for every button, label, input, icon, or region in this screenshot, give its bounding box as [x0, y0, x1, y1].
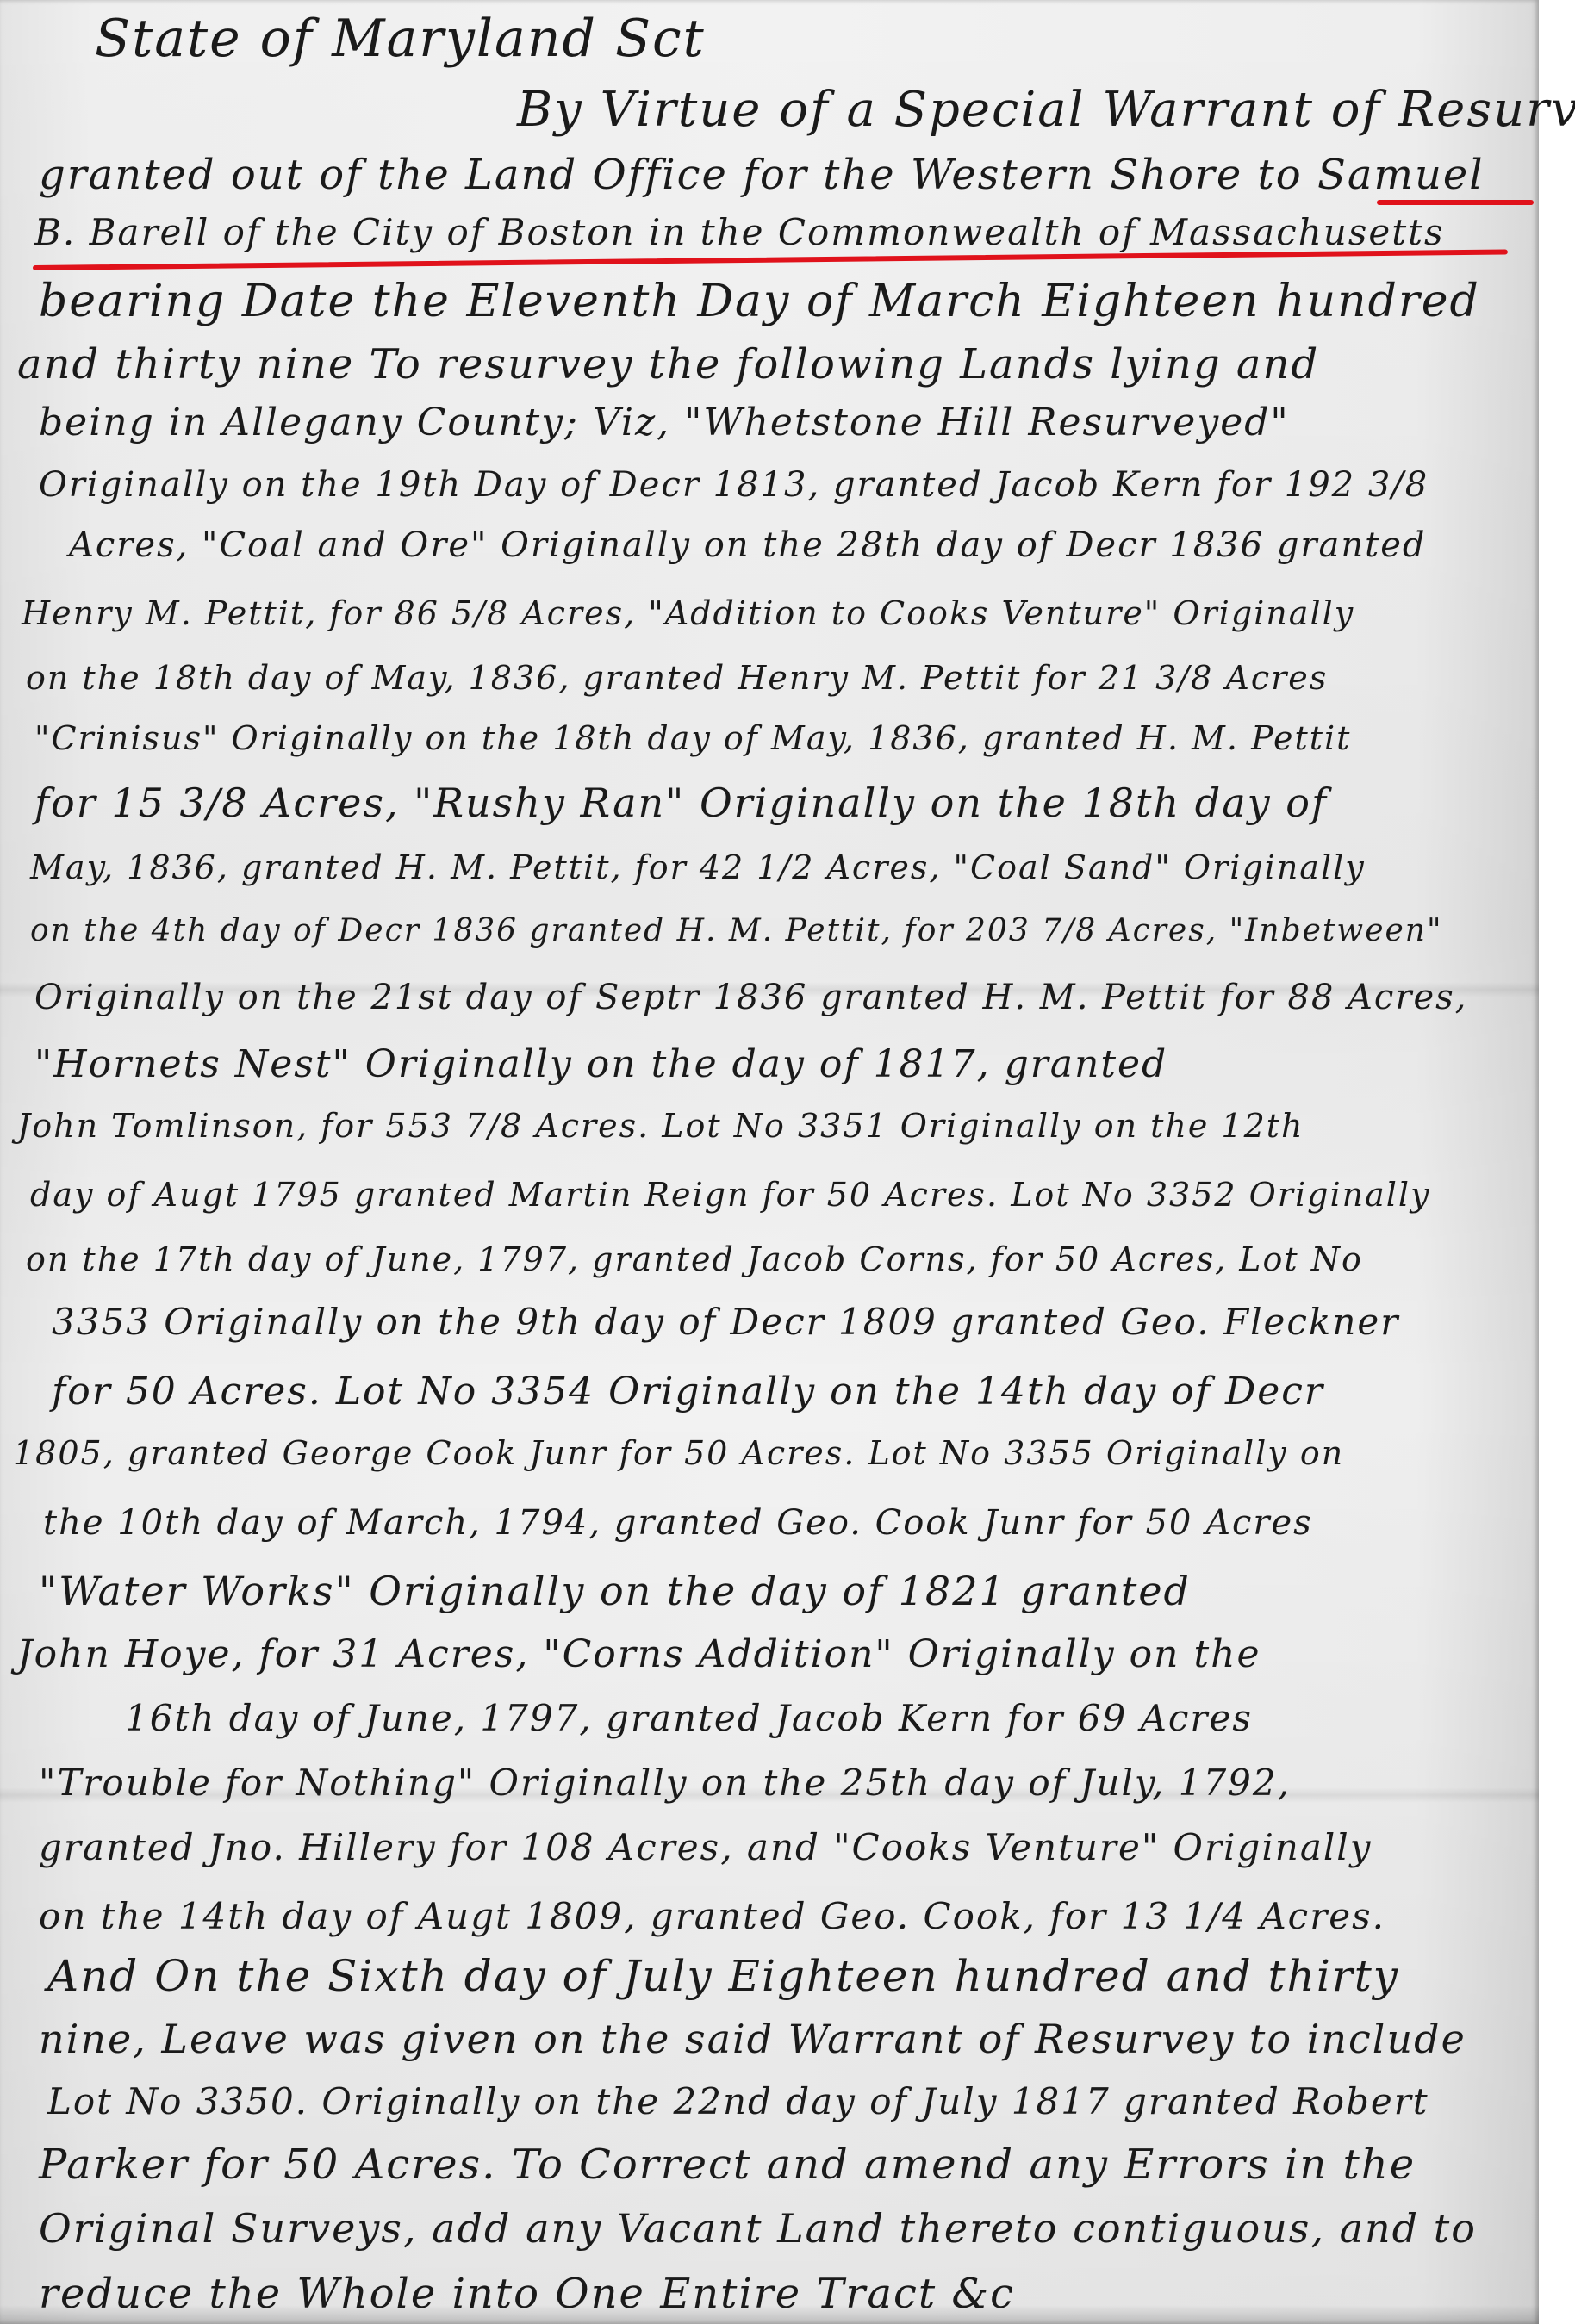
text-line: "Crinisus" Originally on the 18th day of…	[34, 719, 1351, 757]
text-line: Originally on the 21st day of Septr 1836…	[34, 978, 1467, 1017]
text-line: 1805, granted George Cook Junr for 50 Ac…	[13, 1434, 1344, 1472]
text-line: John Hoye, for 31 Acres, "Corns Addition…	[17, 1632, 1261, 1676]
text-line: 16th day of June, 1797, granted Jacob Ke…	[125, 1697, 1253, 1739]
text-line: By Virtue of a Special Warrant of Resurv…	[517, 82, 1575, 138]
text-line: the 10th day of March, 1794, granted Geo…	[43, 1503, 1313, 1543]
text-line: "Water Works" Originally on the day of 1…	[39, 1568, 1191, 1614]
text-line: John Tomlinson, for 553 7/8 Acres. Lot N…	[17, 1107, 1304, 1145]
text-line: reduce the Whole into One Entire Tract &…	[39, 2270, 1015, 2318]
text-line: on the 18th day of May, 1836, granted He…	[26, 659, 1328, 697]
text-line: Original Surveys, add any Vacant Land th…	[39, 2205, 1477, 2252]
text-line: granted Jno. Hillery for 108 Acres, and …	[39, 1826, 1372, 1868]
text-line: being in Allegany County; Viz, "Whetston…	[39, 401, 1290, 444]
text-line: for 15 3/8 Acres, "Rushy Ran" Originally…	[34, 780, 1328, 826]
text-line: on the 17th day of June, 1797, granted J…	[26, 1240, 1363, 1278]
text-line: "Trouble for Nothing" Originally on the …	[39, 1762, 1291, 1804]
text-line: "Hornets Nest" Originally on the day of …	[34, 1042, 1167, 1086]
text-line: granted out of the Land Office for the W…	[39, 151, 1485, 199]
text-line: and thirty nine To resurvey the followin…	[17, 340, 1319, 388]
text-line: Parker for 50 Acres. To Correct and amen…	[39, 2141, 1416, 2189]
text-line: for 50 Acres. Lot No 3354 Originally on …	[52, 1370, 1324, 1414]
manuscript-page: State of Maryland Sct By Virtue of a Spe…	[0, 0, 1539, 2324]
text-line: B. Barell of the City of Boston in the C…	[34, 211, 1445, 253]
text-line: day of Augt 1795 granted Martin Reign fo…	[30, 1176, 1431, 1214]
text-line: 3353 Originally on the 9th day of Decr 1…	[52, 1301, 1399, 1343]
text-line: Acres, "Coal and Ore" Originally on the …	[69, 525, 1427, 565]
text-line: bearing Date the Eleventh Day of March E…	[39, 276, 1480, 327]
text-line: on the 14th day of Augt 1809, granted Ge…	[39, 1895, 1385, 1937]
text-line: on the 4th day of Decr 1836 granted H. M…	[30, 913, 1443, 948]
text-line: Henry M. Pettit, for 86 5/8 Acres, "Addi…	[22, 594, 1354, 632]
text-line: Lot No 3350. Originally on the 22nd day …	[47, 2080, 1429, 2122]
text-line: nine, Leave was given on the said Warran…	[39, 2016, 1466, 2062]
red-underline-annotation	[1377, 200, 1534, 205]
text-line: And On the Sixth day of July Eighteen hu…	[47, 1951, 1399, 2001]
text-line: May, 1836, granted H. M. Pettit, for 42 …	[30, 848, 1366, 886]
text-line: Originally on the 19th Day of Decr 1813,…	[39, 465, 1429, 505]
heading: State of Maryland Sct	[95, 9, 706, 69]
